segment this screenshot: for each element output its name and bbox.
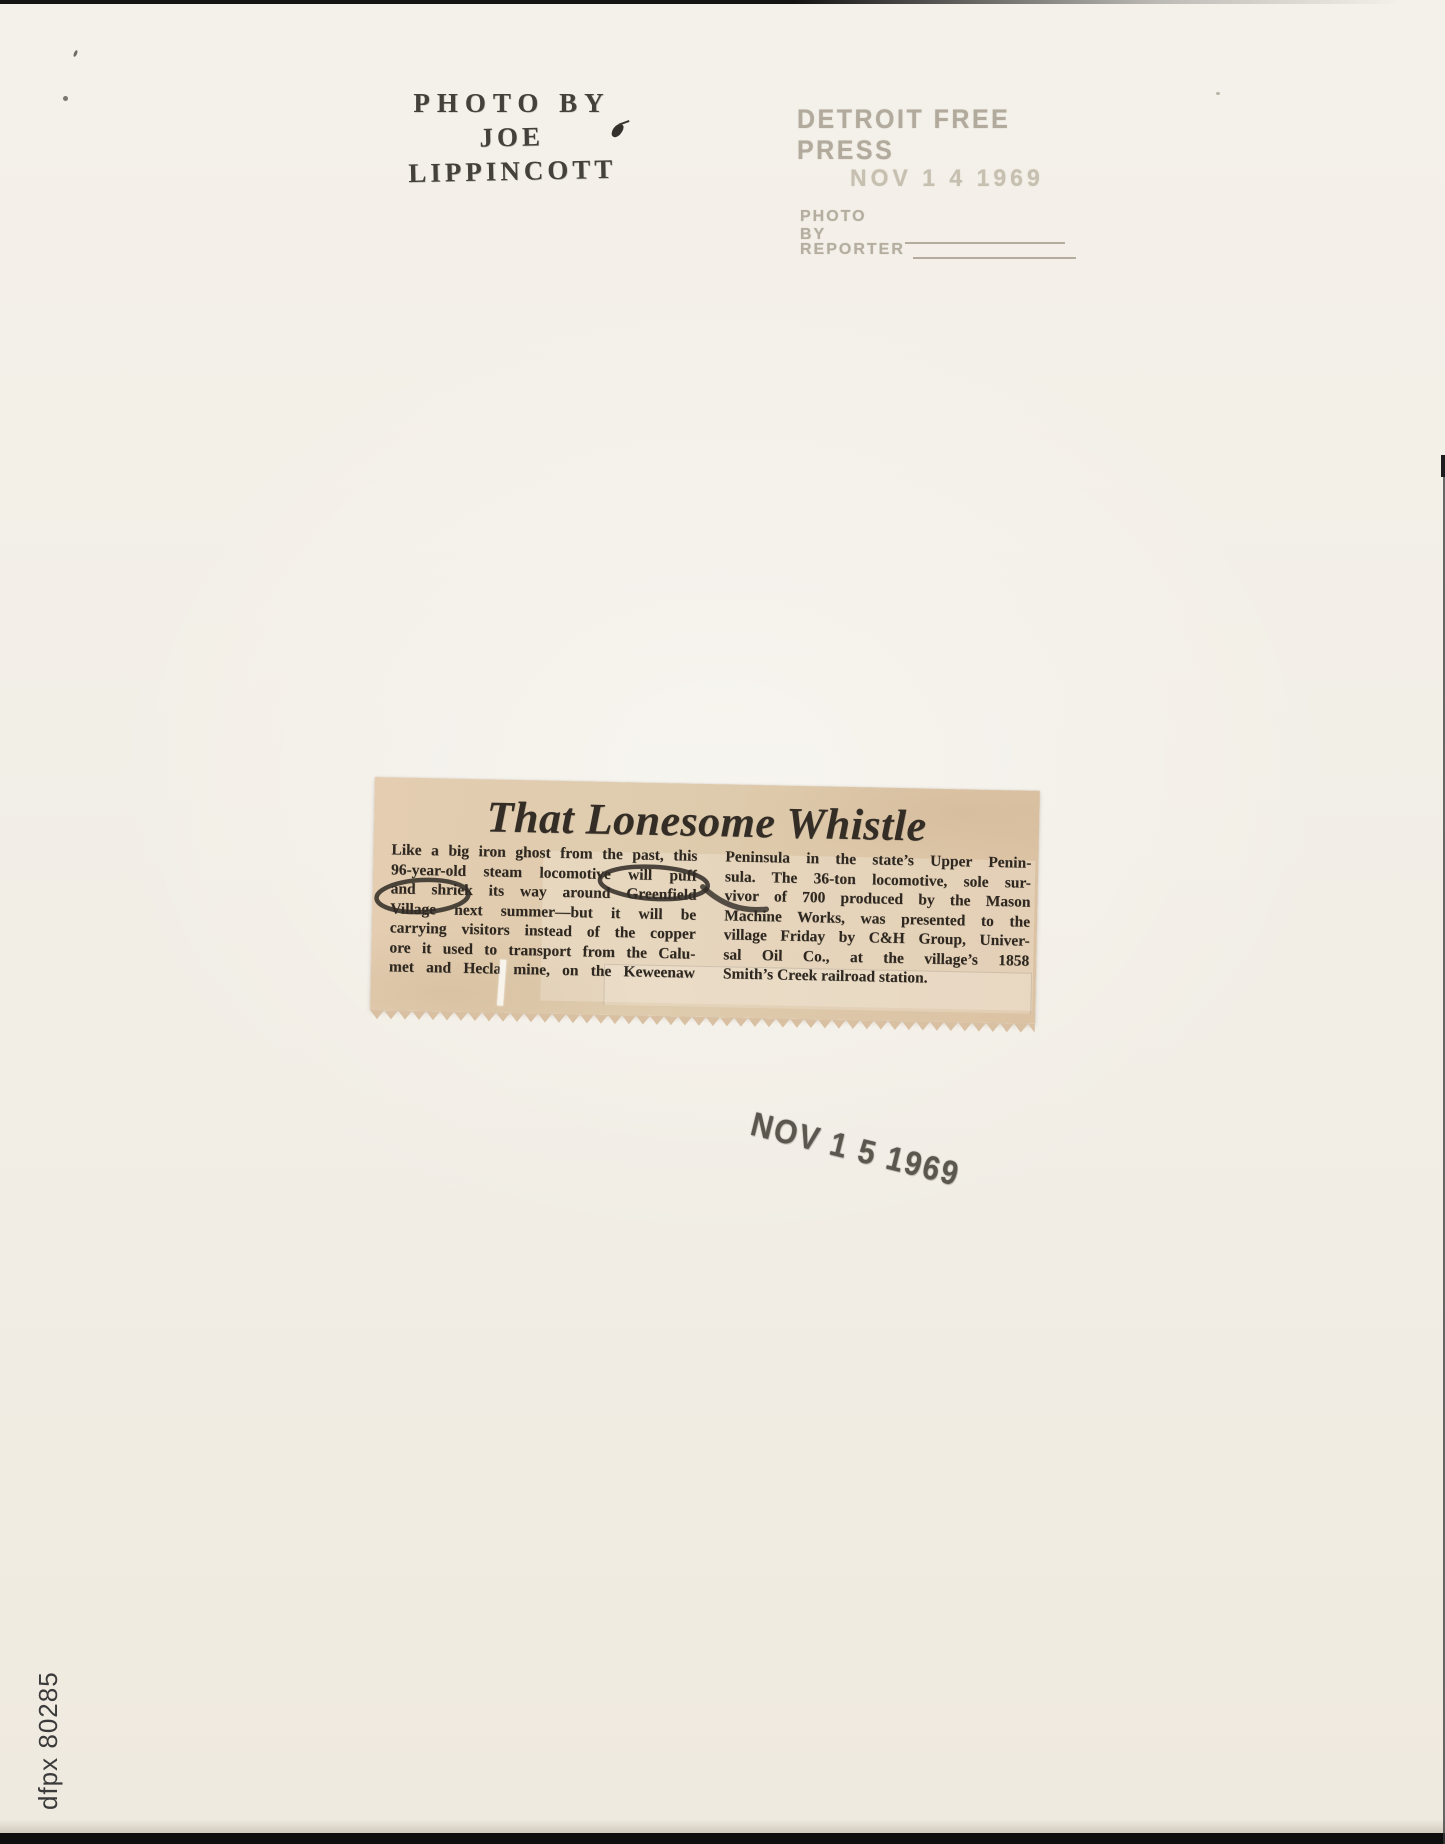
press-stamp-name: DETROIT FREE PRESS [797, 104, 1065, 167]
press-stamp-photo-by-row: PHOTO BY [800, 208, 1065, 244]
archive-id: dfpx 80285 [33, 1671, 64, 1810]
clipping-bottom-edge [370, 1010, 1035, 1033]
dust-speck [1216, 92, 1220, 95]
press-stamp-blank-line [913, 243, 1076, 259]
photographer-stamp-line1: PHOTO BY [392, 86, 632, 120]
scan-edge-bottom-shadow [0, 1819, 1445, 1833]
scan-edge-bottom [0, 1833, 1445, 1844]
newspaper-clipping: That Lonesome Whistle Like a big iron gh… [370, 777, 1040, 1024]
clipping-columns: Like a big iron ghost from the past, thi… [389, 840, 1032, 990]
clipping-column-right: Peninsula in the state’s Upper Penin-sul… [723, 847, 1032, 990]
press-stamp-reporter-row: REPORTER [800, 241, 1076, 259]
received-date-stamp: NOV 1 5 1969 [747, 1106, 964, 1195]
clipping-column-left: Like a big iron ghost from the past, thi… [389, 840, 698, 983]
dust-speck [63, 96, 68, 101]
scan-edge-right-notch [1441, 455, 1445, 477]
press-stamp-reporter-label: REPORTER [800, 241, 905, 259]
press-stamp-photo-by-label: PHOTO BY [800, 208, 897, 244]
scan-edge-top [0, 0, 1445, 4]
photographer-stamp-line2: JOE LIPPINCOTT [391, 117, 632, 190]
dust-speck [73, 50, 79, 58]
press-stamp-date: NOV 1 4 1969 [850, 164, 1044, 192]
photographer-stamp: PHOTO BY JOE LIPPINCOTT [392, 86, 632, 188]
scanned-photo-verso: PHOTO BY JOE LIPPINCOTT DETROIT FREE PRE… [0, 0, 1445, 1844]
